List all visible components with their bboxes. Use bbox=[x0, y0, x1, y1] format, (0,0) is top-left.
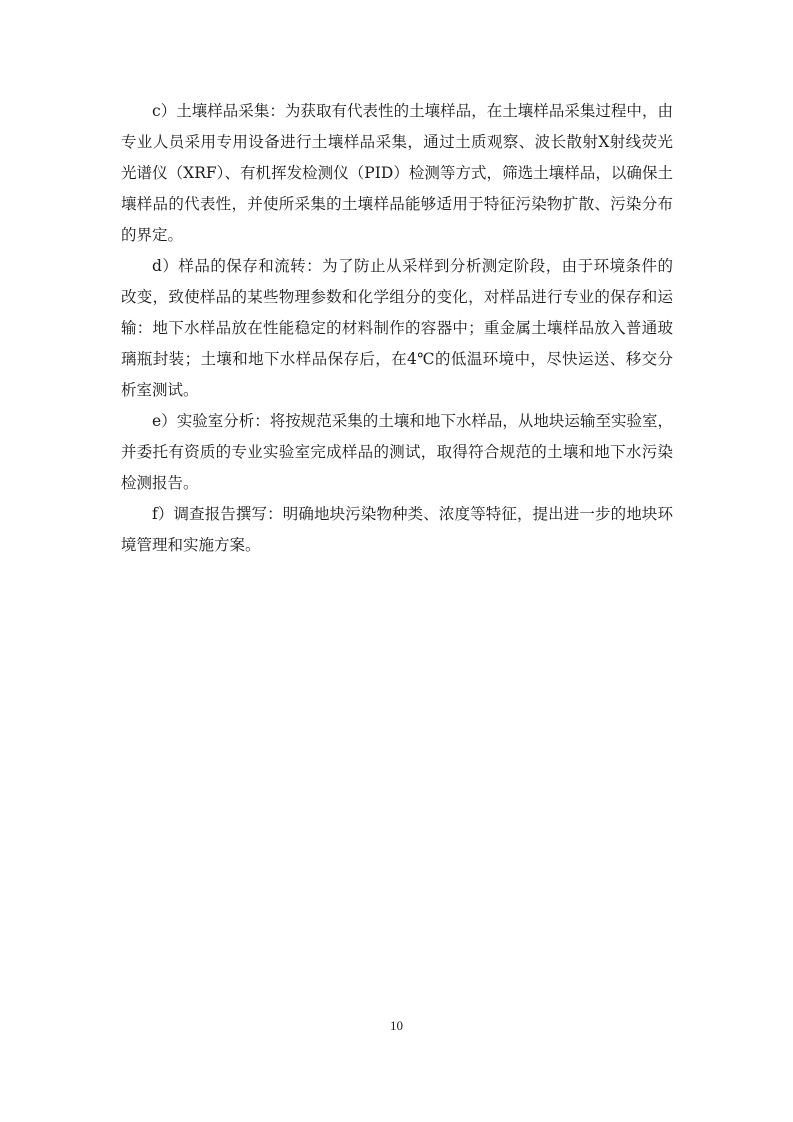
page-body: c）土壤样品采集：为获取有代表性的土壤样品，在土壤样品采集过程中，由专业人员采用… bbox=[121, 96, 673, 561]
page-number: 10 bbox=[0, 1018, 793, 1034]
item-label: f） bbox=[152, 505, 173, 523]
paragraph-text: 样品的保存和流转：为了防止从采样到分析测定阶段，由于环境条件的改变，致使样品的某… bbox=[121, 257, 673, 399]
item-label: c） bbox=[152, 102, 176, 120]
item-label: d） bbox=[152, 257, 178, 275]
paragraph-d-sample-storage: d）样品的保存和流转：为了防止从采样到分析测定阶段，由于环境条件的改变，致使样品… bbox=[121, 251, 673, 406]
document-page: c）土壤样品采集：为获取有代表性的土壤样品，在土壤样品采集过程中，由专业人员采用… bbox=[0, 0, 793, 1122]
paragraph-e-lab-analysis: e）实验室分析：将按规范采集的土壤和地下水样品，从地块运输至实验室，并委托有资质… bbox=[121, 406, 673, 499]
paragraph-f-report-writing: f）调查报告撰写：明确地块污染物种类、浓度等特征，提出进一步的地块环境管理和实施… bbox=[121, 499, 673, 561]
paragraph-text: 土壤样品采集：为获取有代表性的土壤样品，在土壤样品采集过程中，由专业人员采用专用… bbox=[121, 102, 673, 244]
paragraph-c-soil-sampling: c）土壤样品采集：为获取有代表性的土壤样品，在土壤样品采集过程中，由专业人员采用… bbox=[121, 96, 673, 251]
paragraph-text: 调查报告撰写：明确地块污染物种类、浓度等特征，提出进一步的地块环境管理和实施方案… bbox=[121, 505, 673, 554]
paragraph-text: 实验室分析：将按规范采集的土壤和地下水样品，从地块运输至实验室，并委托有资质的专… bbox=[121, 412, 673, 492]
item-label: e） bbox=[152, 412, 177, 430]
